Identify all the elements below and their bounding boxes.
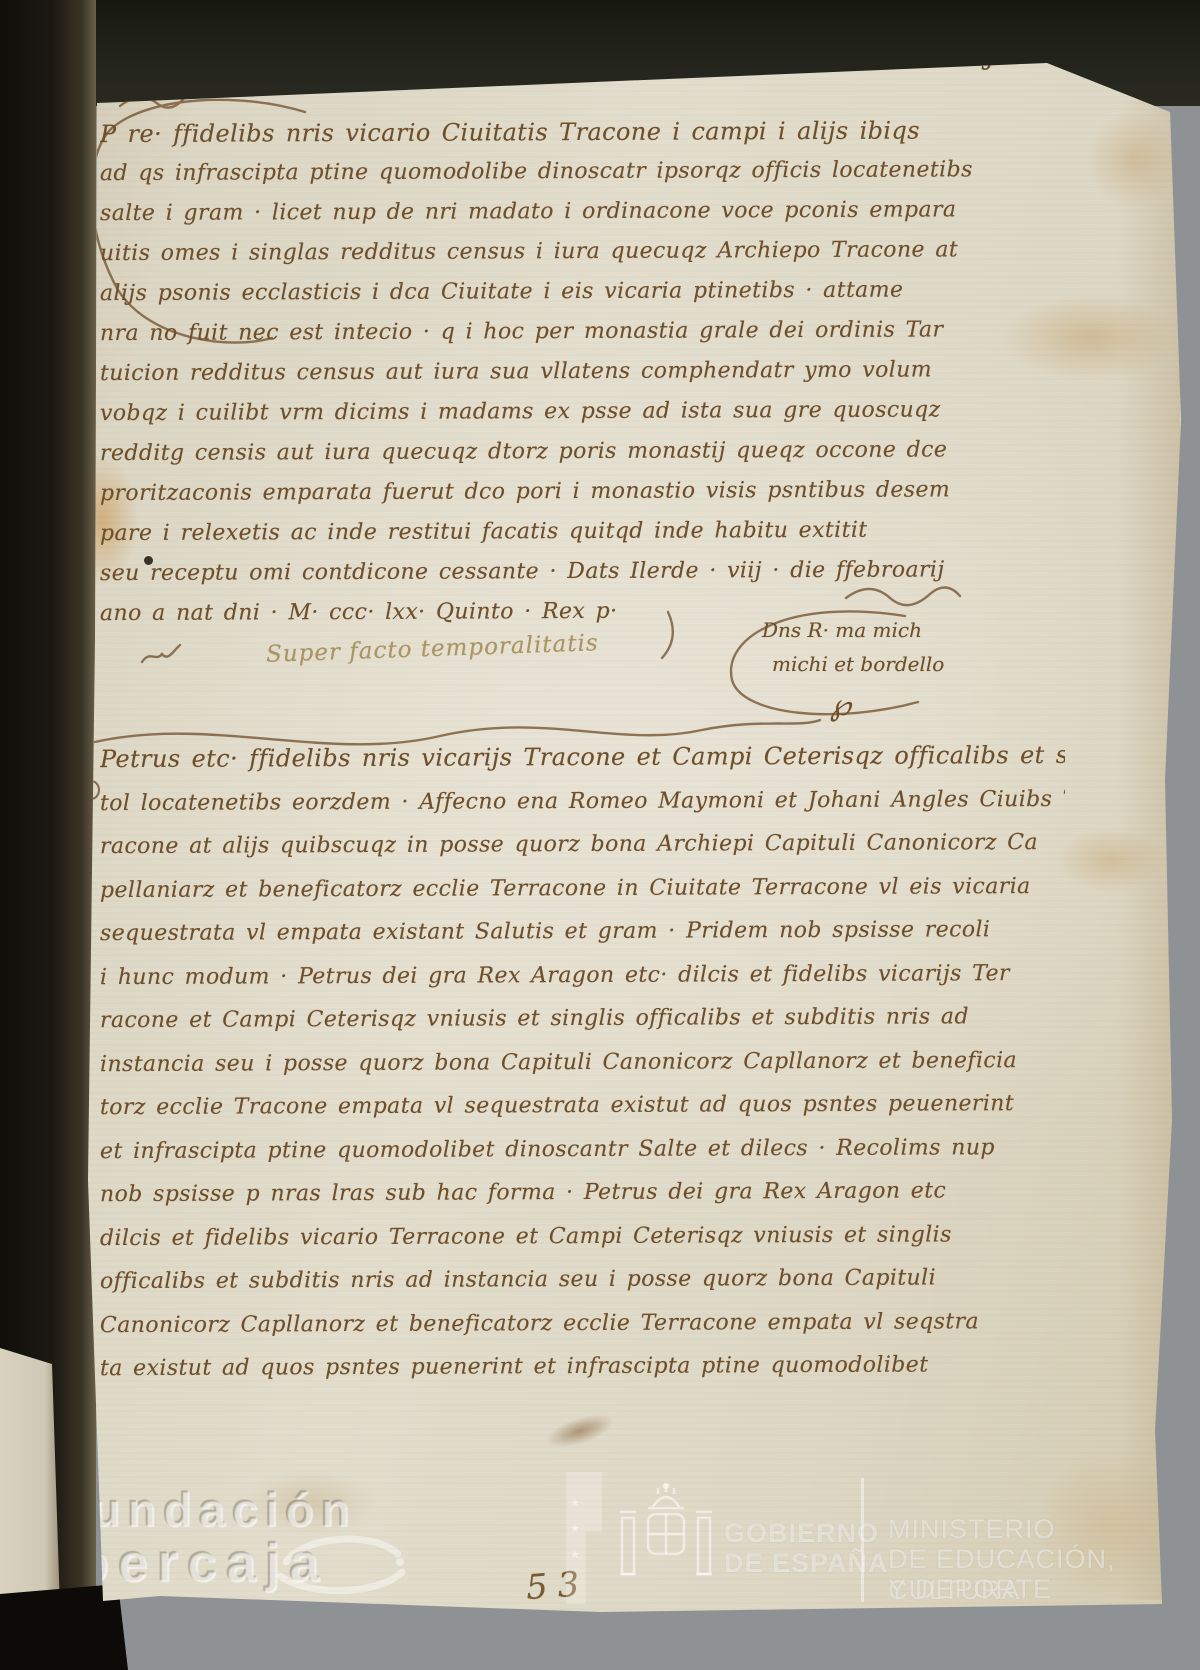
note-top-squiggle <box>846 587 960 605</box>
ministerio-watermark-line-1: MINISTERIO <box>888 1514 1056 1545</box>
spain-flag-bar <box>566 1472 602 1604</box>
manuscript-line: ano a nat dni · M· ccc· lxx· Quinto · Re… <box>100 590 1060 632</box>
paraph-mark: ℘ <box>830 688 851 723</box>
parchment-page: xxj· P re· ffidelibs nris vicario Ciuita… <box>0 0 1200 1670</box>
ibercaja-watermark-line-1: Fundación <box>56 1482 357 1537</box>
margin-squiggle <box>142 645 180 662</box>
manuscript-line: racone at alijs quibscuqz in posse quorz… <box>100 821 1065 869</box>
ink-smudge <box>543 1408 618 1454</box>
marginal-note-line-1: Dns R· ma mich <box>762 618 922 642</box>
entry-2-text-block: Petrus etc· ffidelibs nris vicarijs Trac… <box>100 736 1065 1389</box>
manuscript-line: tol locatenetibs eorzdem · Affecno ena R… <box>100 777 1065 825</box>
manuscript-line: nra no fuit nec est intecio · q i hoc pe… <box>100 310 1060 354</box>
star-icon: ★ <box>570 1496 580 1509</box>
manuscript-line: tuicion redditus census aut iura sua vll… <box>100 350 1060 394</box>
stain <box>1085 112 1180 207</box>
manuscript-scan: xxj· P re· ffidelibs nris vicario Ciuita… <box>0 0 1200 1670</box>
gobierno-watermark-line-1: GOBIERNO <box>724 1518 879 1549</box>
manuscript-line: racone et Campi Ceterisqz vniusis et sin… <box>100 995 1065 1043</box>
rubric-super-facto: Super facto temporalitatis <box>266 630 599 668</box>
manuscript-line: i hunc modum · Petrus dei gra Rex Aragon… <box>100 951 1065 999</box>
date-line-descender <box>662 612 673 658</box>
stain <box>1035 1450 1185 1600</box>
manuscript-line: torz ecclie Tracone empata vl sequestrat… <box>100 1082 1065 1130</box>
marginal-note-line-2: michi et bordello <box>772 652 944 676</box>
manuscript-line: uitis omes i singlas redditus census i i… <box>100 230 1060 274</box>
manuscript-line: vobqz i cuilibt vrm dicims i madams ex p… <box>100 390 1060 434</box>
manuscript-line: Canonicorz Capllanorz et beneficatorz ec… <box>100 1299 1065 1347</box>
spain-coat-of-arms-icon <box>614 1482 718 1598</box>
entry-1-text-block: P re· ffidelibs nris vicario Ciuitatis T… <box>100 112 1060 632</box>
manuscript-line: P re· ffidelibs nris vicario Ciuitatis T… <box>100 112 1060 154</box>
manuscript-line: ad qs infrascipta ptine quomodolibe dino… <box>100 150 1060 194</box>
ibercaja-logo-icon <box>272 1524 412 1604</box>
wormhole <box>144 556 153 565</box>
manuscript-line: instancia seu i posse quorz bona Capitul… <box>100 1038 1065 1086</box>
manuscript-line: et infrascipta ptine quomodolibet dinosc… <box>100 1125 1065 1173</box>
stain <box>1000 295 1180 380</box>
star-icon: ★ <box>570 1522 580 1535</box>
page-right-edge-toning <box>1118 100 1180 1600</box>
watermark-divider <box>861 1478 864 1602</box>
manuscript-line: Petrus etc· ffidelibs nris vicarijs Trac… <box>100 736 1065 782</box>
manuscript-line: seu receptu omi contdicone cessante · Da… <box>100 550 1060 594</box>
ministerio-watermark-line-2: DE EDUCACIÓN, CULTURA <box>888 1544 1200 1606</box>
star-icon: ★ <box>570 1548 580 1561</box>
note-encircling-line <box>731 611 918 714</box>
pen-flourishes <box>0 0 1200 1670</box>
ministerio-watermark-line-3: Y DEPORTE <box>888 1574 1052 1605</box>
manuscript-line: salte i gram · licet nup de nri madato i… <box>100 190 1060 234</box>
opening-flourish-entry-1 <box>92 100 305 343</box>
manuscript-line: pare i relexetis ac inde restitui facati… <box>100 510 1060 554</box>
gobierno-watermark-line-2: DE ESPAÑA <box>724 1548 889 1579</box>
opening-flourish-entry-2 <box>95 720 820 744</box>
manuscript-line: pellaniarz et beneficatorz ecclie Terrac… <box>100 864 1065 912</box>
stain <box>1055 828 1165 892</box>
manuscript-line: alijs psonis ecclasticis i dca Ciuitate … <box>100 270 1060 314</box>
manuscript-line: sequestrata vl empata existant Salutis e… <box>100 908 1065 956</box>
manuscript-line: dilcis et fidelibs vicario Terracone et … <box>100 1212 1065 1260</box>
manuscript-line: ta existut ad quos psntes puenerint et i… <box>100 1343 1065 1389</box>
stain <box>245 1470 375 1536</box>
manuscript-line: officalibs et subditis nris ad instancia… <box>100 1256 1065 1304</box>
archive-page-number: 53 <box>525 1564 591 1608</box>
manuscript-line: nob spsisse p nras lras sub hac forma · … <box>100 1169 1065 1217</box>
manuscript-line: redditg censis aut iura quecuqz dtorz po… <box>100 430 1060 474</box>
manuscript-line: proritzaconis emparata fuerut dco pori i… <box>100 470 1060 514</box>
